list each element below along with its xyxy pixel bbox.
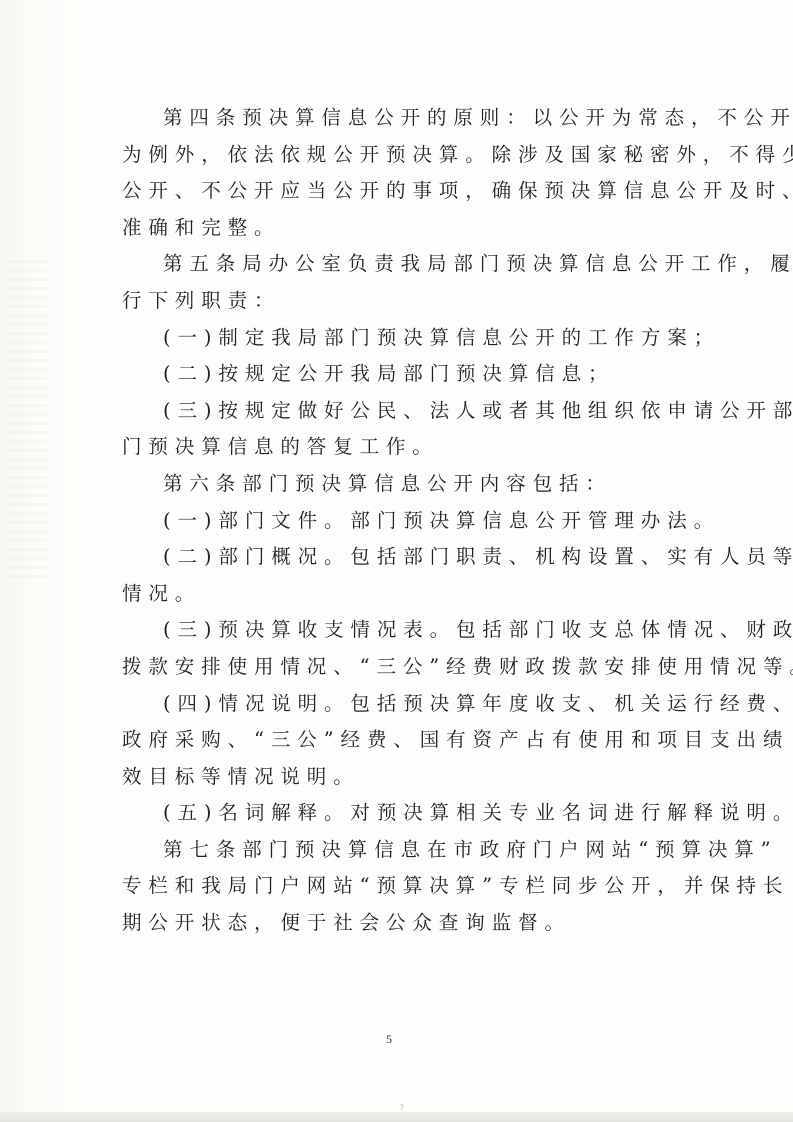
text-line: 行下列职责： — [122, 283, 667, 320]
page-number: 5 — [386, 1032, 392, 1047]
text-line: 第六条部门预决算信息公开内容包括： — [122, 466, 667, 503]
text-line: 第七条部门预决算信息在市政府门户网站“预算决算” — [122, 832, 667, 869]
text-line: 第四条预决算信息公开的原则：以公开为常态，不公开 — [122, 100, 667, 137]
text-line: 政府采购、“三公”经费、国有资产占有使用和项目支出绩 — [122, 722, 667, 759]
text-line: 专栏和我局门户网站“预算决算”专栏同步公开，并保持长 — [122, 868, 667, 905]
text-line: 准确和完整。 — [122, 210, 667, 247]
text-line: 效目标等情况说明。 — [122, 759, 667, 796]
scan-artifact — [8, 260, 48, 580]
text-line: 情况。 — [122, 576, 667, 613]
document-body: 第四条预决算信息公开的原则：以公开为常态，不公开 为例外，依法依规公开预决算。除… — [122, 100, 667, 942]
text-line: (五)名词解释。对预决算相关专业名词进行解释说明。 — [122, 795, 667, 832]
text-line: (三)按规定做好公民、法人或者其他组织依申请公开部 — [122, 393, 667, 430]
text-line: 门预决算信息的答复工作。 — [122, 429, 667, 466]
scan-mark: ? — [400, 1103, 404, 1112]
document-page: 第四条预决算信息公开的原则：以公开为常态，不公开 为例外，依法依规公开预决算。除… — [0, 0, 793, 1122]
text-line: 第五条局办公室负责我局部门预决算信息公开工作，履 — [122, 246, 667, 283]
text-line: (二)按规定公开我局部门预决算信息； — [122, 356, 667, 393]
text-line: 为例外，依法依规公开预决算。除涉及国家秘密外，不得少 — [122, 137, 667, 174]
text-line: (一)制定我局部门预决算信息公开的工作方案； — [122, 320, 667, 357]
text-line: (一)部门文件。部门预决算信息公开管理办法。 — [122, 503, 667, 540]
text-line: 拨款安排使用情况、“三公”经费财政拨款安排使用情况等。 — [122, 649, 667, 686]
text-line: (三)预决算收支情况表。包括部门收支总体情况、财政 — [122, 612, 667, 649]
text-line: (二)部门概况。包括部门职责、机构设置、实有人员等 — [122, 539, 667, 576]
scan-edge — [0, 1112, 793, 1122]
text-line: (四)情况说明。包括预决算年度收支、机关运行经费、 — [122, 686, 667, 723]
text-line: 公开、不公开应当公开的事项，确保预决算信息公开及时、 — [122, 173, 667, 210]
text-line: 期公开状态，便于社会公众查询监督。 — [122, 905, 667, 942]
